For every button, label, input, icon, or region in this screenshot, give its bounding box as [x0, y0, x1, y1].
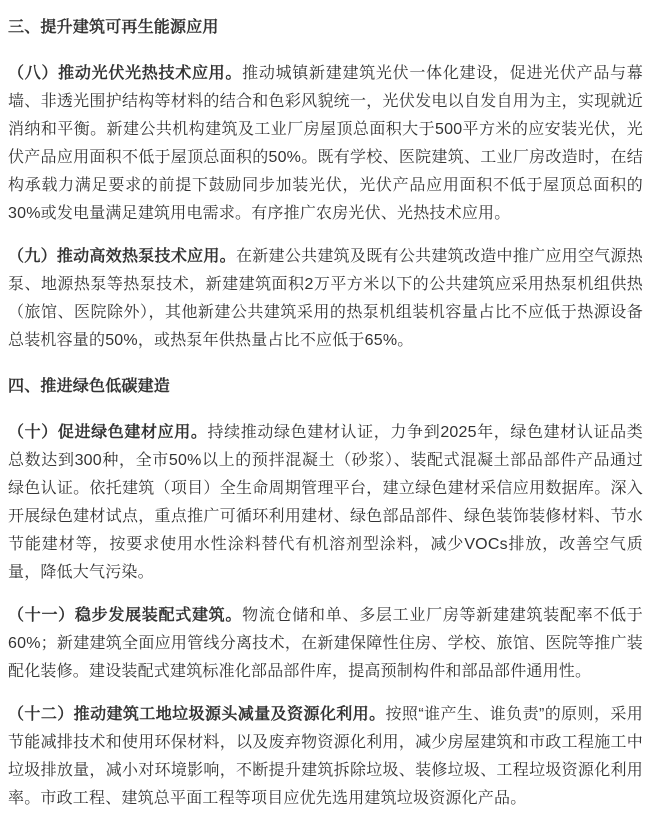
paragraph-item-12: （十二）推动建筑工地垃圾源头减量及资源化利用。按照“谁产生、谁负责”的原则，采用…	[8, 701, 643, 813]
paragraph-item-11: （十一）稳步发展装配式建筑。物流仓储和单、多层工业厂房等新建建筑装配率不低于60…	[8, 602, 643, 686]
paragraph-item-11-lead: （十一）稳步发展装配式建筑。	[8, 607, 242, 624]
section-heading-green-construction: 四、推进绿色低碳建造	[8, 373, 643, 401]
paragraph-item-8-lead: （八）推动光伏光热技术应用。	[8, 65, 242, 82]
paragraph-item-9-lead: （九）推动高效热泵技术应用。	[8, 248, 236, 265]
section-heading-renewable-energy: 三、提升建筑可再生能源应用	[8, 14, 643, 42]
paragraph-item-10-body: 持续推动绿色建材认证，力争到2025年，绿色建材认证品类总数达到300种，全市5…	[8, 424, 643, 581]
policy-document: 三、提升建筑可再生能源应用 （八）推动光伏光热技术应用。推动城镇新建建筑光伏一体…	[0, 0, 650, 819]
paragraph-item-10: （十）促进绿色建材应用。持续推动绿色建材认证，力争到2025年，绿色建材认证品类…	[8, 419, 643, 587]
paragraph-item-8-body: 推动城镇新建建筑光伏一体化建设，促进光伏产品与幕墙、非透光围护结构等材料的结合和…	[8, 65, 643, 222]
paragraph-item-9: （九）推动高效热泵技术应用。在新建公共建筑及既有公共建筑改造中推广应用空气源热泵…	[8, 243, 643, 355]
paragraph-item-12-lead: （十二）推动建筑工地垃圾源头减量及资源化利用。	[8, 706, 386, 723]
paragraph-item-10-lead: （十）促进绿色建材应用。	[8, 424, 208, 441]
paragraph-item-8: （八）推动光伏光热技术应用。推动城镇新建建筑光伏一体化建设，促进光伏产品与幕墙、…	[8, 60, 643, 228]
document-page: { "page": { "background_color": "#ffffff…	[0, 0, 650, 819]
